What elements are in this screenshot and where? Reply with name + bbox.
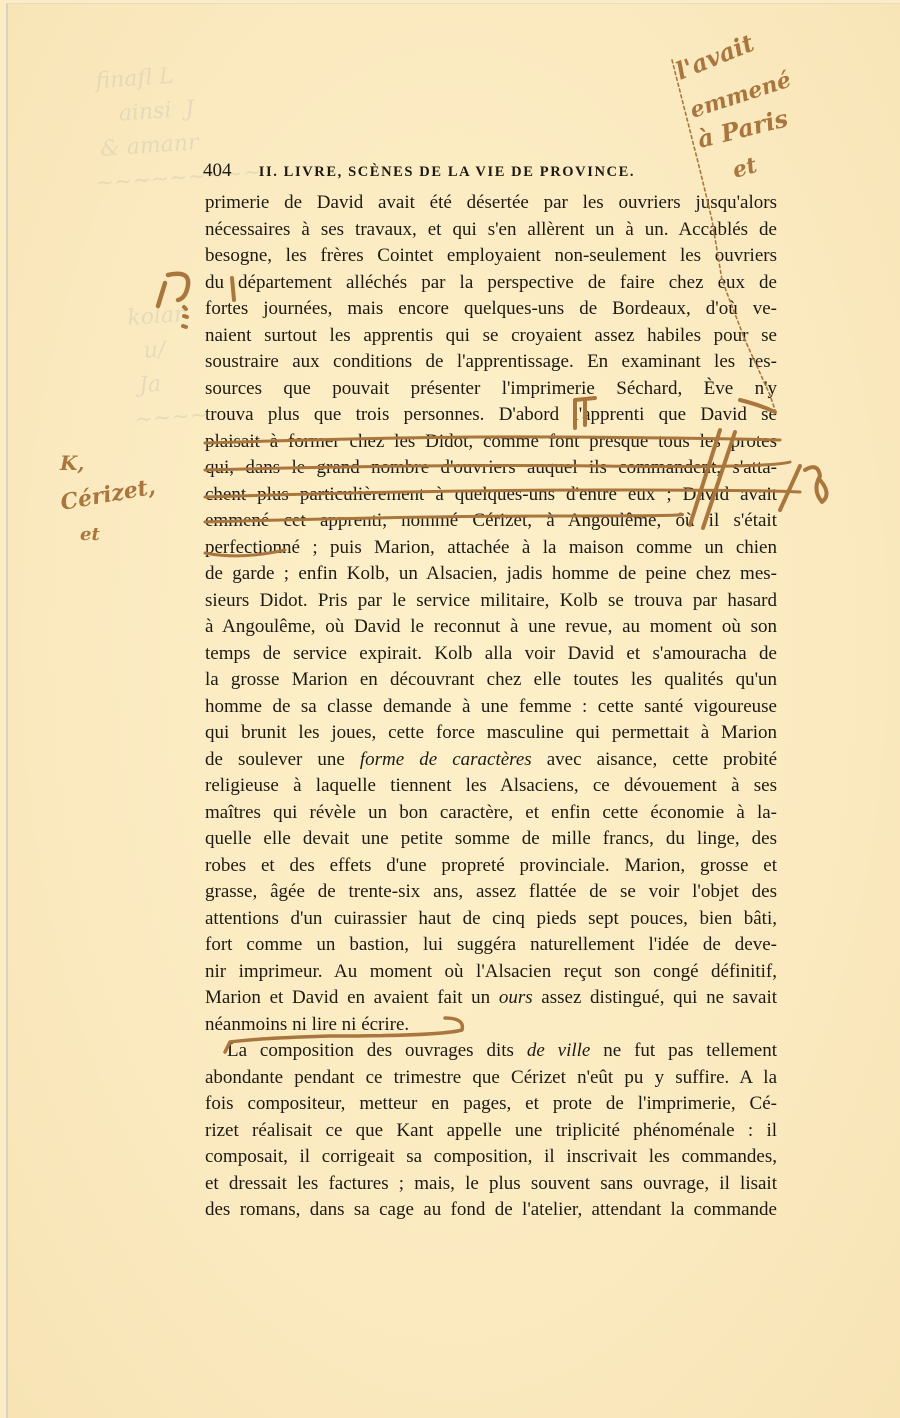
text-line: et dressait les factures ; mais, le plus… xyxy=(205,1171,777,1198)
text-line: naient surtout les apprentis qui se croy… xyxy=(205,323,777,350)
page-number: 404 xyxy=(203,160,232,181)
text-line: du département alléchés par la perspecti… xyxy=(205,270,777,297)
text-line: primerie de David avait été désertée par… xyxy=(205,190,777,217)
text-line: la grosse Marion en découvrant chez elle… xyxy=(205,667,777,694)
text-line: soustraire aux conditions de l'apprentis… xyxy=(205,349,777,376)
text-line: nécessaires à ses travaux, et qui s'en a… xyxy=(205,217,777,244)
text-line: fort comme un bastion, lui suggéra natur… xyxy=(205,932,777,959)
running-head-title: II. LIVRE, SCÈNES DE LA VIE DE PROVINCE. xyxy=(259,164,635,180)
text-line: à Angoulême, où David le reconnut à une … xyxy=(205,614,777,641)
text-line: de garde ; enfin Kolb, un Alsacien, jadi… xyxy=(205,561,777,588)
italic-term: forme de caractères xyxy=(360,749,532,770)
text-line: Marion et David en avaient fait un ours … xyxy=(205,985,777,1012)
text-line: fortes journées, mais encore quelques-un… xyxy=(205,296,777,323)
text-line: qui, dans le grand nombre d'ouvriers auq… xyxy=(205,455,777,482)
text-line: emmené cet apprenti, nommé Cérizet, à An… xyxy=(205,508,777,535)
text-line: perfectionné ; puis Marion, attachée à l… xyxy=(205,535,777,562)
text-line: sieurs Didot. Pris par le service milita… xyxy=(205,588,777,615)
text-line: fois compositeur, metteur en pages, et p… xyxy=(205,1091,777,1118)
text-line: chent plus particulièrement à quelques-u… xyxy=(205,482,777,509)
text-line: abondante pendant ce trimestre que Cériz… xyxy=(205,1065,777,1092)
text-line: sources que pouvait présenter l'imprimer… xyxy=(205,376,777,403)
text-line: trouva plus que trois personnes. D'abord… xyxy=(205,402,777,429)
text-line: de soulever une forme de caractères avec… xyxy=(205,747,777,774)
text-line: maîtres qui révèle un bon caractère, et … xyxy=(205,800,777,827)
text-line: religieuse à laquelle tiennent les Alsac… xyxy=(205,773,777,800)
italic-term: ours xyxy=(499,987,533,1008)
text-line: quelle elle devait une petite somme de m… xyxy=(205,826,777,853)
text-line: grasse, âgée de trente-six ans, assez fl… xyxy=(205,879,777,906)
text-line: rizet réalisait ce que Kant appelle une … xyxy=(205,1118,777,1145)
text-line: plaisait à former chez les Didot, comme … xyxy=(205,429,777,456)
italic-term: de ville xyxy=(527,1040,591,1061)
text-line: nir imprimeur. Au moment où l'Alsacien r… xyxy=(205,959,777,986)
text-line: qui brunit les joues, cette force mascul… xyxy=(205,720,777,747)
text-line: besogne, les frères Cointet employaient … xyxy=(205,243,777,270)
text-line: homme de sa classe demande à une femme :… xyxy=(205,694,777,721)
text-line: attentions d'un cuirassier haut de cinq … xyxy=(205,906,777,933)
text-line: des romans, dans sa cage au fond de l'at… xyxy=(205,1197,777,1224)
text-line: temps de service expirait. Kolb alla voi… xyxy=(205,641,777,668)
text-line: La composition des ouvrages dits de vill… xyxy=(205,1038,777,1065)
text-line: néanmoins ni lire ni écrire. xyxy=(205,1012,777,1039)
running-header: 404 II. LIVRE, SCÈNES DE LA VIE DE PROVI… xyxy=(203,160,783,182)
body-text: primerie de David avait été désertée par… xyxy=(205,190,777,1224)
text-line: composait, il corrigeait sa composition,… xyxy=(205,1144,777,1171)
text-line: robes et des effets d'une propreté provi… xyxy=(205,853,777,880)
